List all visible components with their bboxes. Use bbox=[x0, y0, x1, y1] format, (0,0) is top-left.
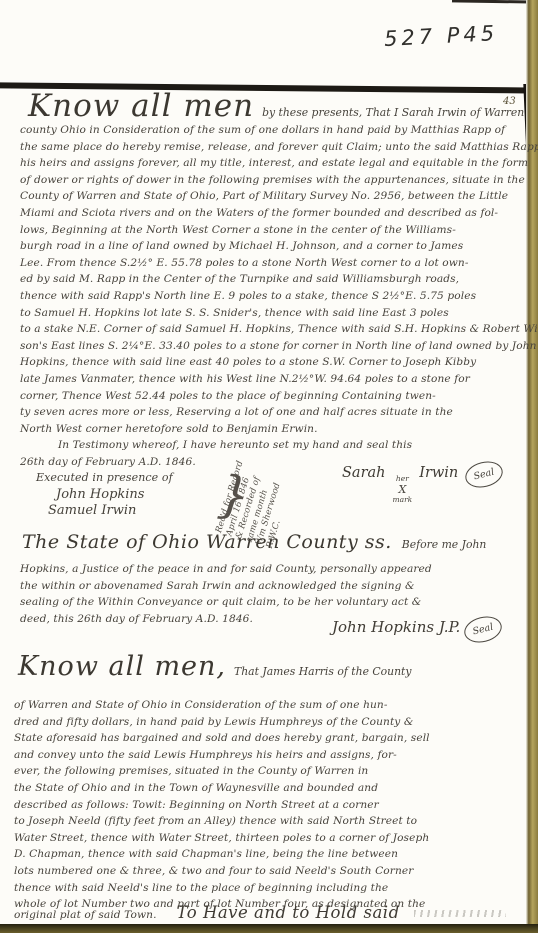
handwritten-line: County of Warren and State of Ohio, Part… bbox=[20, 188, 525, 205]
handwritten-line: described as follows: Towit: Beginning o… bbox=[14, 797, 526, 814]
handwritten-line: thence with said Rapp's North line E. 9 … bbox=[20, 288, 525, 305]
deed1-opening-continuation: by these presents, That I Sarah Irwin of… bbox=[262, 106, 524, 119]
handwritten-line: sealing of the Within Conveyance or quit… bbox=[20, 594, 525, 611]
acknowledgment-opening-line: The State of Ohio Warren County ss. Befo… bbox=[22, 531, 486, 553]
handwritten-line: the State of Ohio and in the Town of Way… bbox=[14, 780, 526, 797]
deed2-body-text: of Warren and State of Ohio in Considera… bbox=[14, 697, 526, 913]
handwritten-line: the within or abovenamed Sarah Irwin and… bbox=[20, 578, 525, 595]
handwritten-line: to Joseph Neeld (fifty feet from an Alle… bbox=[14, 813, 526, 830]
handwritten-line: Miami and Sciota rivers and on the Water… bbox=[20, 205, 525, 222]
handwritten-line: of Warren and State of Ohio in Considera… bbox=[14, 697, 526, 714]
handwritten-line: lows, Beginning at the North West Corner… bbox=[20, 222, 525, 239]
handwritten-line: burgh road in a line of land owned by Mi… bbox=[20, 238, 525, 255]
mark-label-her: her bbox=[396, 475, 409, 483]
seal-stamp: Seal bbox=[463, 458, 506, 491]
handwritten-line: late James Vanmater, thence with his Wes… bbox=[20, 371, 525, 388]
deed1-opening-phrase: Know all men bbox=[28, 88, 254, 124]
handwritten-line: corner, Thence West 52.44 poles to the p… bbox=[20, 388, 525, 405]
handwritten-line: lots numbered one & three, & two and fou… bbox=[14, 863, 526, 880]
handwritten-line: State aforesaid has bargained and sold a… bbox=[14, 730, 526, 747]
grantor-last-name: Irwin bbox=[419, 465, 458, 481]
handwritten-line: Hopkins, thence with said line east 40 p… bbox=[20, 354, 525, 371]
handwritten-line: Water Street, thence with Water Street, … bbox=[14, 830, 526, 847]
deed1-body-text: county Ohio in Consideration of the sum … bbox=[20, 122, 525, 437]
deed2-opening-phrase: Know all men, bbox=[18, 651, 226, 682]
handwritten-line: of dower or rights of dower in the follo… bbox=[20, 172, 525, 189]
handwritten-line: Hopkins, a Justice of the peace in and f… bbox=[20, 561, 525, 578]
grantor-first-name: Sarah bbox=[342, 465, 386, 481]
deed1-opening-line: Know all men by these presents, That I S… bbox=[28, 88, 524, 124]
deed2-final-visible-line: original plat of said Town. To Have and … bbox=[14, 903, 506, 924]
mark-label-mark: mark bbox=[393, 496, 413, 504]
scanned-deed-page: 527 P45 43 Know all men by these present… bbox=[0, 0, 538, 933]
handwritten-line: ever, the following premises, situated i… bbox=[14, 763, 526, 780]
her-mark: her X mark bbox=[393, 475, 413, 503]
justice-signature-block: John Hopkins J.P. Seal bbox=[332, 617, 502, 642]
handwritten-line: the same place do hereby remise, release… bbox=[20, 139, 525, 156]
deed2-opening-continuation: That James Harris of the County bbox=[234, 665, 411, 678]
handwritten-line: and convey unto the said Lewis Humphreys… bbox=[14, 747, 526, 764]
habendum-clause: To Have and to Hold said bbox=[177, 903, 400, 922]
acknowledgment-heading: The State of Ohio Warren County ss. bbox=[22, 531, 392, 553]
page-reference-annotation: 527 P45 bbox=[383, 21, 498, 51]
seal-stamp: Seal bbox=[462, 613, 505, 646]
handwritten-line: ed by said M. Rapp in the Center of the … bbox=[20, 271, 525, 288]
book-binding-edge-right bbox=[526, 0, 538, 933]
handwritten-line: to a stake N.E. Corner of said Samuel H.… bbox=[20, 321, 525, 338]
handwritten-line: Lee. From thence S.2½° E. 55.78 poles to… bbox=[20, 255, 525, 272]
deed2-last-line: original plat of said Town. bbox=[14, 907, 157, 924]
handwritten-line: county Ohio in Consideration of the sum … bbox=[20, 122, 525, 139]
x-mark: X bbox=[398, 484, 406, 495]
justice-signature: John Hopkins J.P. bbox=[332, 618, 460, 636]
handwritten-line: D. Chapman, thence with said Chapman's l… bbox=[14, 846, 526, 863]
handwritten-line: to Samuel H. Hopkins lot late S. S. Snid… bbox=[20, 305, 525, 322]
book-binding-edge-bottom bbox=[0, 924, 538, 933]
handwritten-line: thence with said Neeld's line to the pla… bbox=[14, 880, 526, 897]
handwritten-line: son's East lines S. 2¼°E. 33.40 poles to… bbox=[20, 338, 525, 355]
faint-illegible-text bbox=[414, 910, 506, 917]
handwritten-line: his heirs and assigns forever, all my ti… bbox=[20, 155, 525, 172]
handwritten-line: dred and fifty dollars, in hand paid by … bbox=[14, 714, 526, 731]
acknowledgment-heading-continuation: Before me John bbox=[402, 538, 487, 551]
grantor-signature-block: Sarah her X mark Irwin Seal bbox=[342, 462, 503, 499]
deed2-opening-line: Know all men, That James Harris of the C… bbox=[18, 651, 412, 682]
handwritten-line: ty seven acres more or less, Reserving a… bbox=[20, 404, 525, 421]
